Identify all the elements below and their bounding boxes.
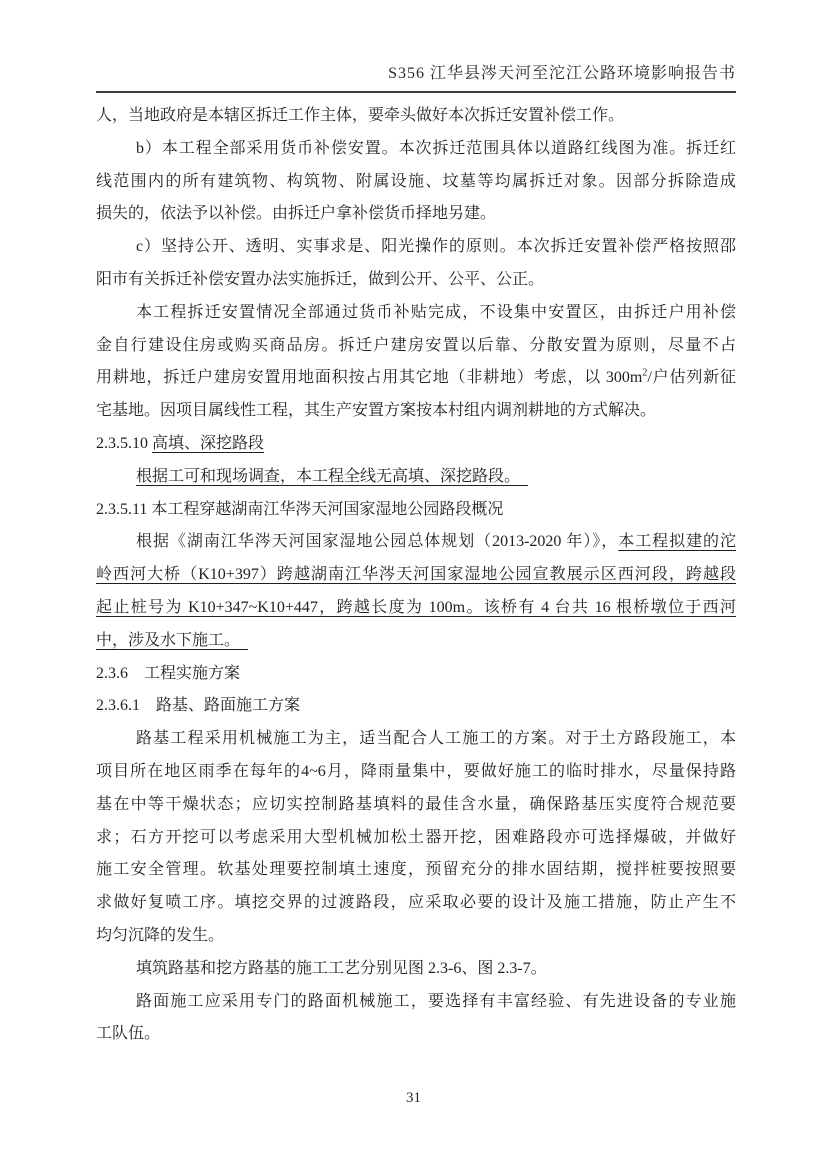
text-line: 岭西河大桥（K10+397）跨越湖南江华涔天河国家湿地公园宣教展示区西河段，跨越… [96,559,736,592]
text-run: 根据《湖南江华涔天河国家湿地公园总体规划（2013-2020 年）》， [136,533,618,550]
text-run: 人，当地政府是本辖区拆迁工作主体，要牵头做好本次拆迁安置补偿工作。 [96,107,624,124]
text-line: 2.3.5.11 本工程穿越湖南江华涔天河国家湿地公园路段概况 [96,494,736,527]
text-line: 均匀沉降的发生。 [96,920,736,953]
text-line: 人，当地政府是本辖区拆迁工作主体，要牵头做好本次拆迁安置补偿工作。 [96,100,736,133]
paragraph: 人，当地政府是本辖区拆迁工作主体，要牵头做好本次拆迁安置补偿工作。 [96,100,736,133]
document-body: 人，当地政府是本辖区拆迁工作主体，要牵头做好本次拆迁安置补偿工作。b）本工程全部… [96,100,736,1051]
text-line: 线范围内的所有建筑物、构筑物、附属设施、坟墓等均属拆迁对象。因部分拆除造成 [96,166,736,199]
text-run: 根据工可和现场调查，本工程全线无高填、深挖路段。 [136,468,528,485]
text-run: b）本工程全部采用货币补偿安置。本次拆迁范围具体以道路红线图为准。拆迁红 [136,140,736,157]
text-line: 用耕地，拆迁户建房安置用地面积按占用其它地（非耕地）考虑，以 300m2/户估列… [96,362,736,395]
paragraph: 路面施工应采用专门的路面机械施工，要选择有丰富经验、有先进设备的专业施工队伍。 [96,986,736,1052]
text-line: 求；石方开挖可以考虑采用大型机械加松土器开挖，困难路段亦可选择爆破，并做好 [96,822,736,855]
section-heading: 2.3.5.10 高填、深挖路段 [96,428,736,461]
text-line: 工队伍。 [96,1018,736,1051]
text-line: 金自行建设住房或购买商品房。拆迁户建房安置以后靠、分散安置为原则，尽量不占 [96,330,736,363]
running-header: S356 江华县涔天河至沱江公路环境影响报告书 [96,64,736,84]
text-run: 起止桩号为 K10+347~K10+447，跨越长度为 100m。该桥有 4 台… [96,599,736,616]
paragraph: 本工程拆迁安置情况全部通过货币补贴完成，不设集中安置区，由拆迁户用补偿金自行建设… [96,297,736,428]
text-line: 施工安全管理。软基处理要控制填土速度，预留充分的排水固结期，搅拌桩要按照要 [96,854,736,887]
text-run: 项目所在地区雨季在每年的4~6月，降雨量集中，要做好施工的临时排水，尽量保持路 [96,763,736,780]
text-run: 2.3.5.11 本工程穿越湖南江华涔天河国家湿地公园路段概况 [96,501,503,518]
text-run: 路基工程采用机械施工为主，适当配合人工施工的方案。对于土方路段施工，本 [136,730,736,747]
text-line: 损失的，依法予以补偿。由拆迁户拿补偿货币择地另建。 [96,198,736,231]
section-heading: 2.3.5.11 本工程穿越湖南江华涔天河国家湿地公园路段概况 [96,494,736,527]
text-run: c）坚持公开、透明、实事求是、阳光操作的原则。本次拆迁安置补偿严格按照邵 [136,238,736,255]
text-run: 用耕地，拆迁户建房安置用地面积按占用其它地（非耕地）考虑，以 300m [96,369,642,386]
text-run: 2.3.6 工程实施方案 [96,665,240,682]
paragraph: 根据《湖南江华涔天河国家湿地公园总体规划（2013-2020 年）》，本工程拟建… [96,526,736,657]
text-line: 2.3.6.1 路基、路面施工方案 [96,690,736,723]
text-run: 路面施工应采用专门的路面机械施工，要选择有丰富经验、有先进设备的专业施 [136,993,736,1010]
text-line: 路基工程采用机械施工为主，适当配合人工施工的方案。对于土方路段施工，本 [96,723,736,756]
text-line: 2.3.6 工程实施方案 [96,658,736,691]
text-line: 路面施工应采用专门的路面机械施工，要选择有丰富经验、有先进设备的专业施 [96,986,736,1019]
text-line: 基在中等干燥状态；应切实控制路基填料的最佳含水量，确保路基压实度符合规范要 [96,789,736,822]
paragraph: 填筑路基和挖方路基的施工工艺分别见图 2.3-6、图 2.3-7。 [96,953,736,986]
text-run: 本工程拆迁安置情况全部通过货币补贴完成，不设集中安置区，由拆迁户用补偿 [136,304,736,321]
text-run: 岭西河大桥（K10+397）跨越湖南江华涔天河国家湿地公园宣教展示区西河段，跨越… [96,566,736,583]
text-run: 高填、深挖路段 [152,435,264,452]
page-number: 31 [0,1090,827,1107]
text-run: 本工程拟建的沱 [618,533,736,550]
text-run: 均匀沉降的发生。 [96,927,224,944]
text-run: 线范围内的所有建筑物、构筑物、附属设施、坟墓等均属拆迁对象。因部分拆除造成 [96,173,736,190]
text-line: 项目所在地区雨季在每年的4~6月，降雨量集中，要做好施工的临时排水，尽量保持路 [96,756,736,789]
text-run: 损失的，依法予以补偿。由拆迁户拿补偿货币择地另建。 [96,205,496,222]
header-rule [96,91,736,93]
paragraph: b）本工程全部采用货币补偿安置。本次拆迁范围具体以道路红线图为准。拆迁红线范围内… [96,133,736,231]
paragraph: c）坚持公开、透明、实事求是、阳光操作的原则。本次拆迁安置补偿严格按照邵阳市有关… [96,231,736,297]
text-line: 根据工可和现场调查，本工程全线无高填、深挖路段。 [96,461,736,494]
text-run: 工队伍。 [96,1025,160,1042]
text-run: 2.3.5.10 [96,435,152,452]
text-line: 阳市有关拆迁补偿安置办法实施拆迁，做到公开、公平、公正。 [96,264,736,297]
text-run: 基在中等干燥状态；应切实控制路基填料的最佳含水量，确保路基压实度符合规范要 [96,796,736,813]
text-run: /户估列新征 [647,369,736,386]
text-line: 中，涉及水下施工。 [96,625,736,658]
text-run: 求；石方开挖可以考虑采用大型机械加松土器开挖，困难路段亦可选择爆破，并做好 [96,829,736,846]
text-line: 起止桩号为 K10+347~K10+447，跨越长度为 100m。该桥有 4 台… [96,592,736,625]
text-run: 填筑路基和挖方路基的施工工艺分别见图 2.3-6、图 2.3-7。 [136,960,547,977]
text-line: 2.3.5.10 高填、深挖路段 [96,428,736,461]
paragraph: 根据工可和现场调查，本工程全线无高填、深挖路段。 [96,461,736,494]
text-run: 宅基地。因项目属线性工程，其生产安置方案按本村组内调剂耕地的方式解决。 [96,402,656,419]
text-line: c）坚持公开、透明、实事求是、阳光操作的原则。本次拆迁安置补偿严格按照邵 [96,231,736,264]
text-run: 金自行建设住房或购买商品房。拆迁户建房安置以后靠、分散安置为原则，尽量不占 [96,337,736,354]
text-run: 求做好复喷工序。填挖交界的过渡路段，应采取必要的设计及施工措施，防止产生不 [96,894,736,911]
section-heading: 2.3.6.1 路基、路面施工方案 [96,690,736,723]
text-line: 本工程拆迁安置情况全部通过货币补贴完成，不设集中安置区，由拆迁户用补偿 [96,297,736,330]
text-run: 施工安全管理。软基处理要控制填土速度，预留充分的排水固结期，搅拌桩要按照要 [96,861,736,878]
text-line: 填筑路基和挖方路基的施工工艺分别见图 2.3-6、图 2.3-7。 [96,953,736,986]
text-line: 根据《湖南江华涔天河国家湿地公园总体规划（2013-2020 年）》，本工程拟建… [96,526,736,559]
text-run: 阳市有关拆迁补偿安置办法实施拆迁，做到公开、公平、公正。 [96,271,544,288]
document-page: S356 江华县涔天河至沱江公路环境影响报告书 人，当地政府是本辖区拆迁工作主体… [0,0,827,1169]
text-line: 宅基地。因项目属线性工程，其生产安置方案按本村组内调剂耕地的方式解决。 [96,395,736,428]
paragraph: 路基工程采用机械施工为主，适当配合人工施工的方案。对于土方路段施工，本项目所在地… [96,723,736,953]
text-run: 2.3.6.1 路基、路面施工方案 [96,697,300,714]
text-run: 中，涉及水下施工。 [96,632,248,649]
text-line: b）本工程全部采用货币补偿安置。本次拆迁范围具体以道路红线图为准。拆迁红 [96,133,736,166]
text-line: 求做好复喷工序。填挖交界的过渡路段，应采取必要的设计及施工措施，防止产生不 [96,887,736,920]
section-heading: 2.3.6 工程实施方案 [96,658,736,691]
